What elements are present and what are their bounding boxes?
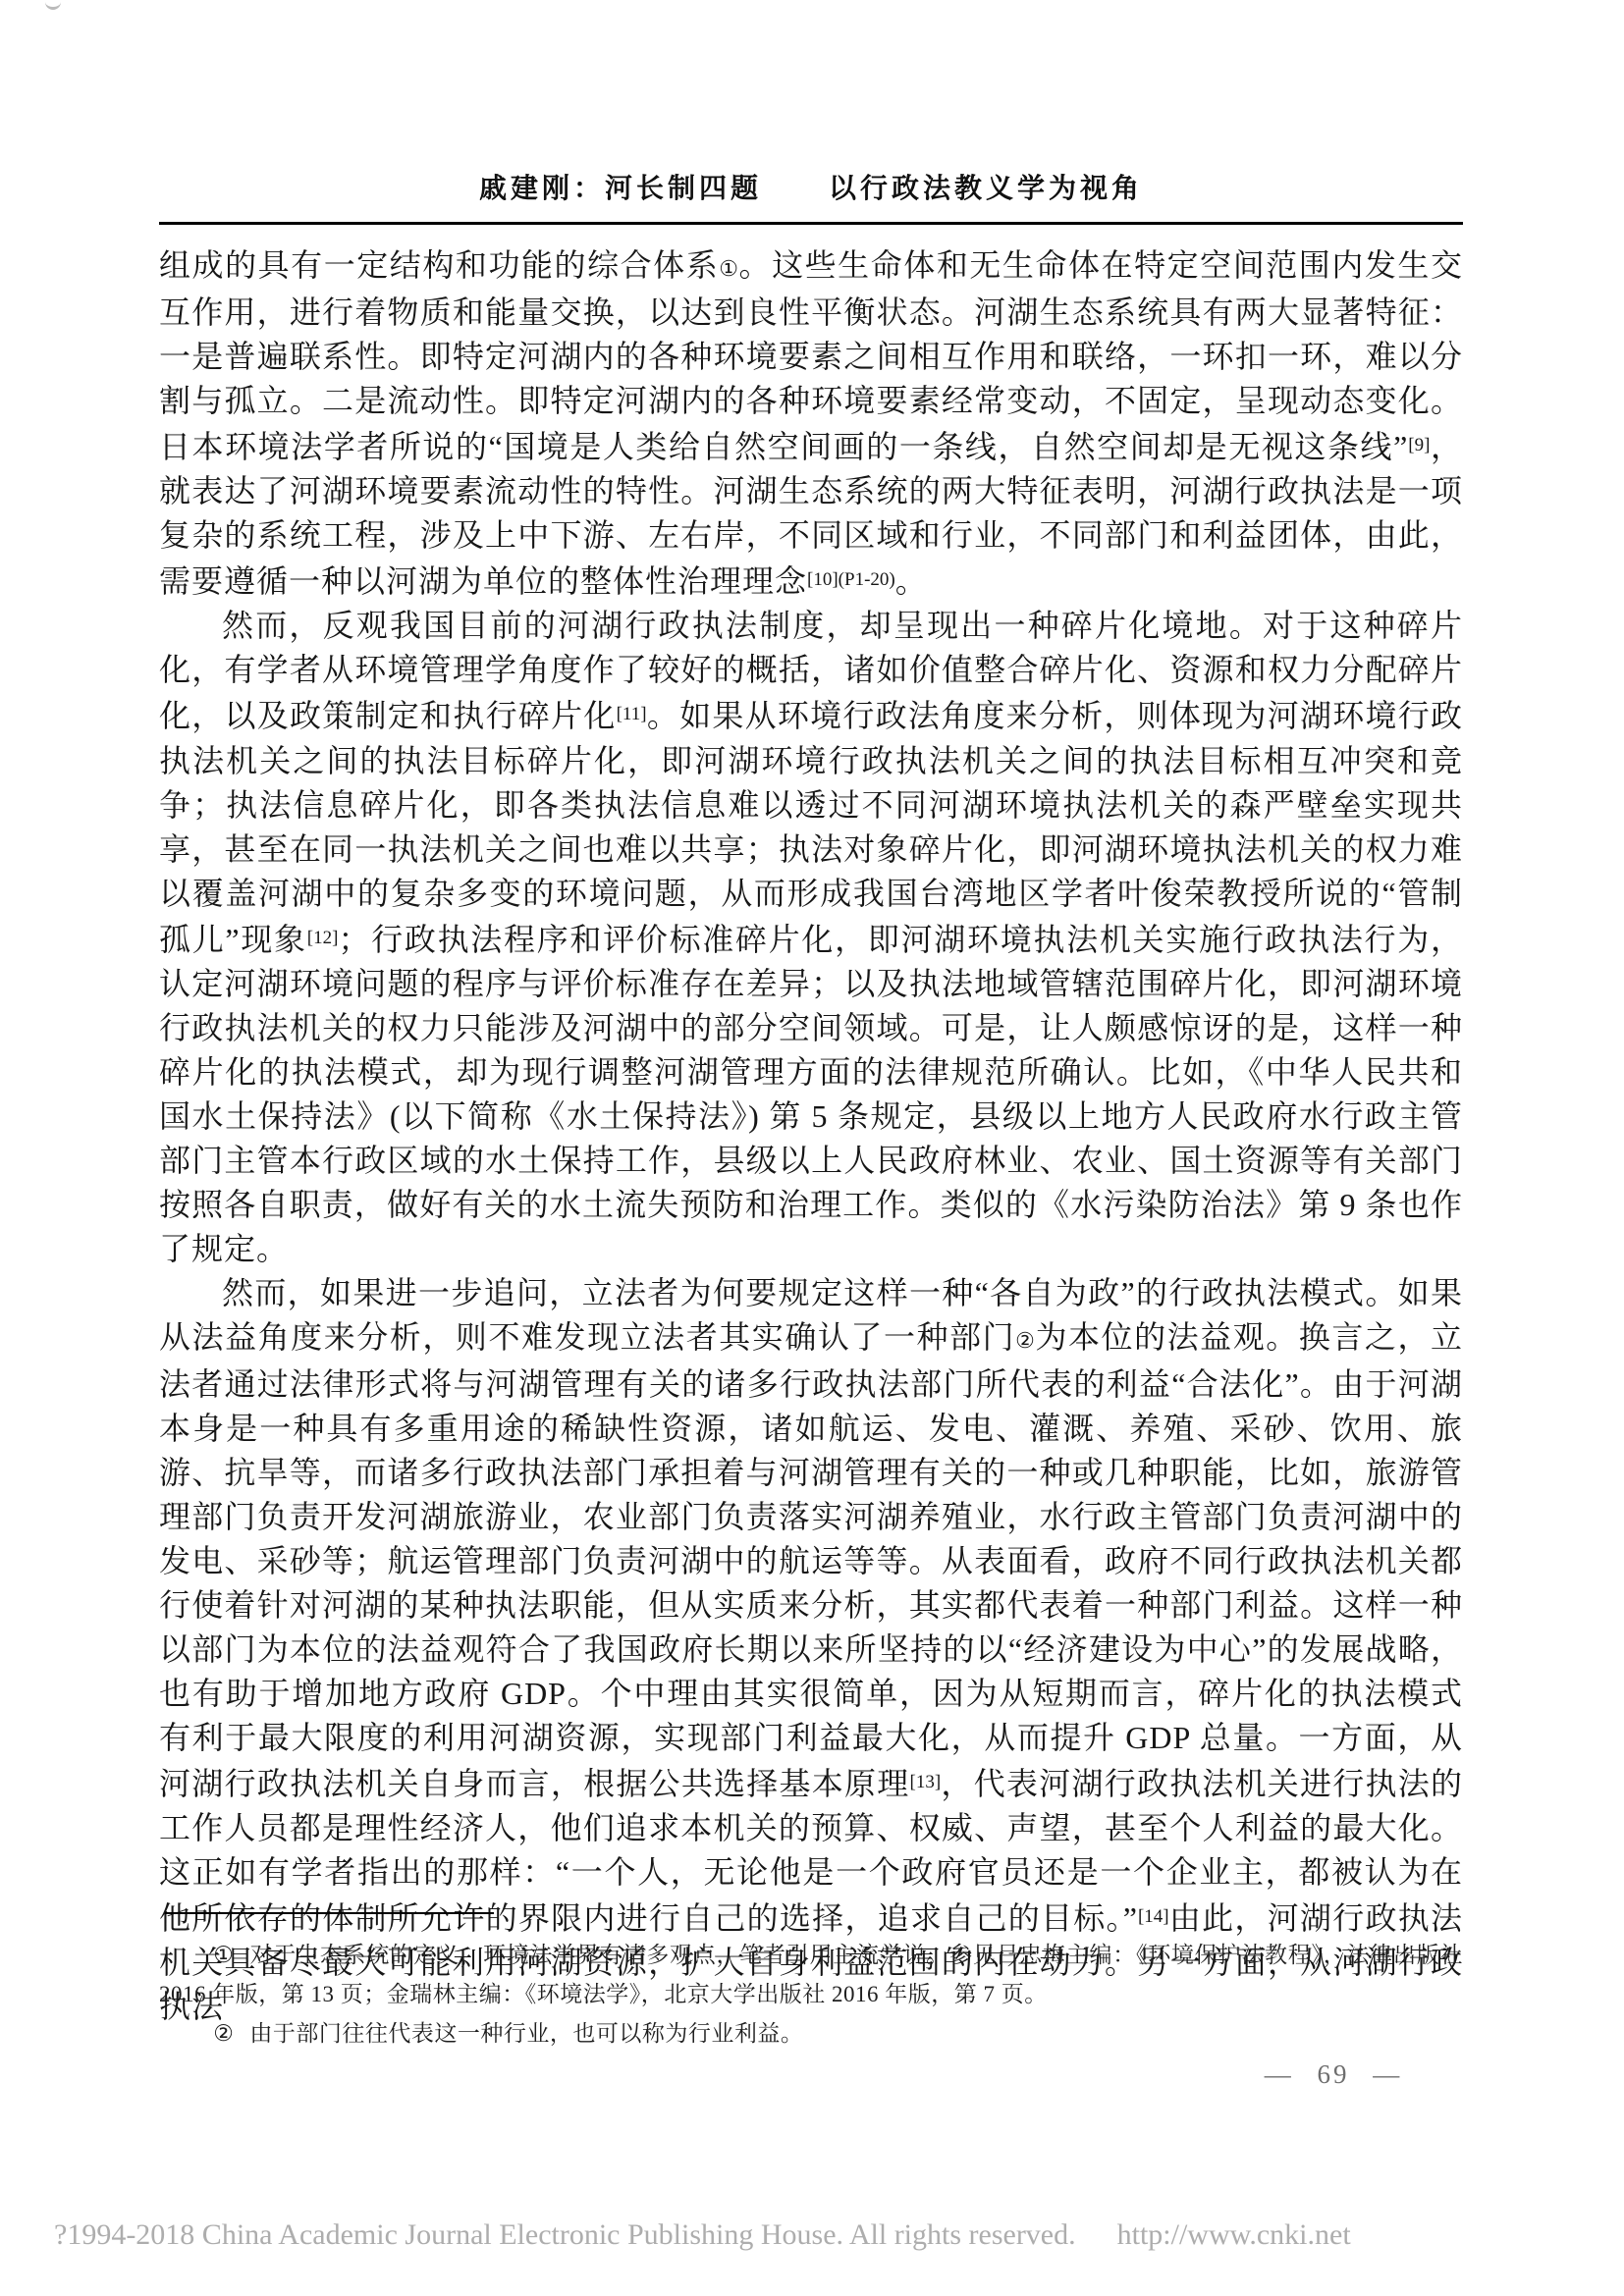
citation-ref: [14] [1138,1906,1169,1927]
document-page: 戚建刚：河长制四题以行政法教义学为视角 组成的具有一定结构和功能的综合体系①。这… [0,0,1624,2296]
citation-ref: [10](P1-20) [807,569,895,590]
footnote-text: 由于部门往往代表这一种行业，也可以称为行业利益。 [249,2021,803,2046]
text-run: 。如果从环境行政法角度来分析，则体现为河湖环境行政执法机关之间的执法目标碎片化，… [159,699,1463,957]
footnote-ref-inline: ② [1015,1328,1035,1353]
paragraph: 然而，如果进一步追问，立法者为何要规定这样一种“各自为政”的行政执法模式。如果从… [159,1271,1463,2029]
citation-ref: [9] [1408,435,1430,455]
copyright-text: ?1994-2018 China Academic Journal Electr… [54,2218,1076,2251]
footnote-text: 对于生态系统的定义，环境法学界有诸多观点，笔者引用主流学说。参见吕忠梅主编：《环… [159,1943,1463,2006]
footnote: ②由于部门往往代表这一种行业，也可以称为行业利益。 [159,2014,1463,2054]
citation-ref: [12] [307,928,339,948]
footnote-divider [165,1912,494,1914]
cnki-url: http://www.cnki.net [1117,2218,1351,2251]
running-header: 戚建刚：河长制四题以行政法教义学为视角 [159,167,1463,206]
header-rule [159,222,1463,225]
text-run: 。 [895,563,928,599]
citation-ref: [13] [910,1772,942,1792]
header-subtitle: 以行政法教义学为视角 [829,174,1143,204]
text-run: ；行政执法程序和评价标准碎片化，即河湖环境执法机关实施行政执法行为，认定河湖环境… [159,922,1463,1266]
footnote-marker: ② [213,2021,234,2046]
page-number: — 69 — [1216,2059,1451,2090]
paragraph: 组成的具有一定结构和功能的综合体系①。这些生命体和无生命体在特定空间范围内发生交… [159,243,1463,604]
header-author-title: 戚建刚：河长制四题 [479,174,762,204]
text-run: 为本位的法益观。换言之，立法者通过法律形式将与河湖管理有关的诸多行政执法部门所代… [159,1319,1463,1801]
cnki-footer: ?1994-2018 China Academic Journal Electr… [54,2218,1586,2252]
scan-artifact [45,0,61,10]
footnote: ①对于生态系统的定义，环境法学界有诸多观点，笔者引用主流学说。参见吕忠梅主编：《… [159,1936,1463,2014]
paragraph: 然而，反观我国目前的河湖行政执法制度，却呈现出一种碎片化境地。对于这种碎片化，有… [159,604,1463,1270]
citation-ref: [11] [617,704,647,724]
footnote-ref-inline: ① [719,256,738,281]
footnotes: ①对于生态系统的定义，环境法学界有诸多观点，笔者引用主流学说。参见吕忠梅主编：《… [159,1936,1463,2054]
footnote-marker: ① [213,1943,234,1967]
text-run: 组成的具有一定结构和功能的综合体系 [159,247,719,283]
article-body: 组成的具有一定结构和功能的综合体系①。这些生命体和无生命体在特定空间范围内发生交… [159,243,1463,2029]
